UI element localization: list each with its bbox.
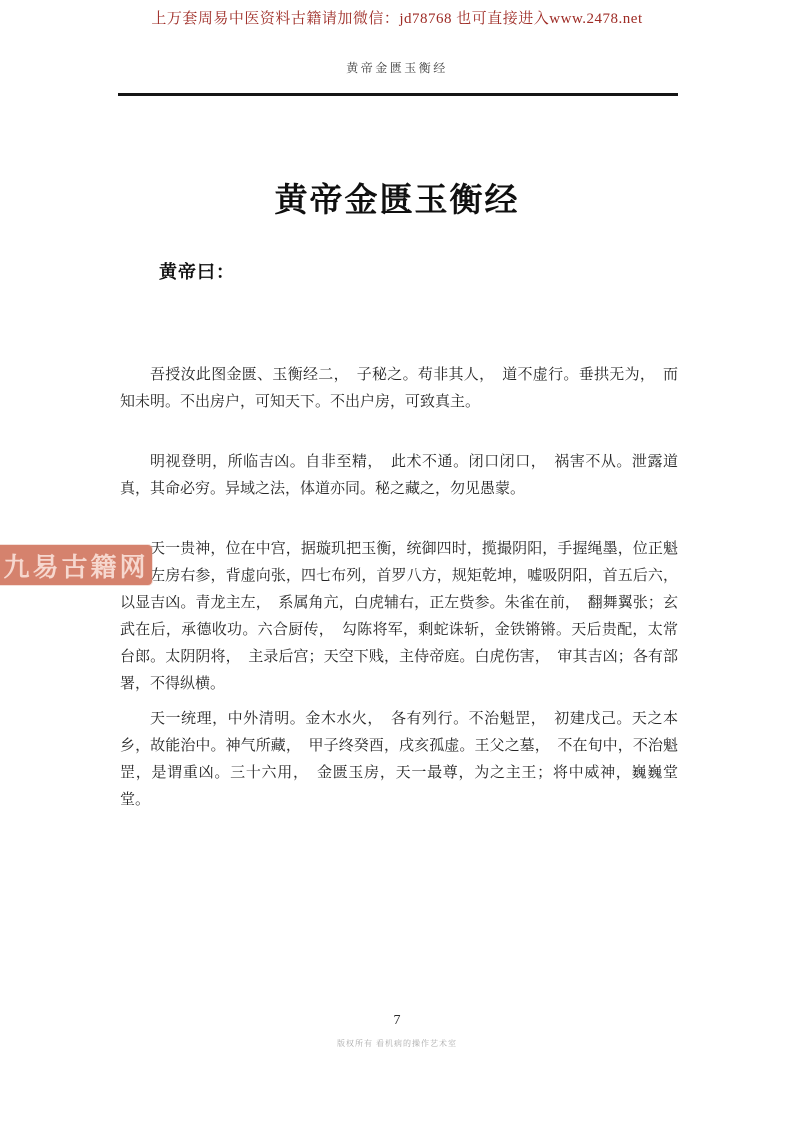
- site-watermark-badge: 九易古籍网: [0, 545, 152, 585]
- document-title: 黄帝金匮玉衡经: [0, 174, 794, 221]
- paragraph-1: 吾授汝此图金匮、玉衡经二， 子秘之。苟非其人， 道不虚行。垂拱无为， 而知未明。…: [120, 362, 678, 416]
- header-divider-line: [118, 93, 678, 96]
- paragraph-2: 明视登明，所临吉凶。自非至精， 此术不通。闭口闭口， 祸害不从。泄露道真，其命必…: [120, 449, 678, 503]
- section-heading: 黄帝曰：: [159, 258, 235, 284]
- page-number: 7: [0, 1013, 794, 1029]
- footer-watermark-text: 版权所有 看机病的操作艺术室: [0, 1038, 794, 1049]
- paragraph-4: 天一统理，中外清明。金木水火， 各有列行。不治魁罡， 初建戊己。天之本乡，故能治…: [120, 706, 678, 814]
- document-page: 上万套周易中医资料古籍请加微信：jd78768 也可直接进入www.2478.n…: [0, 0, 794, 1123]
- paragraph-3: 天一贵神，位在中宫，据璇玑把玉衡，统御四时，揽撮阴阳，手握绳墨，位正魁罡，左房右…: [120, 536, 678, 698]
- promo-banner-text: 上万套周易中医资料古籍请加微信：jd78768 也可直接进入www.2478.n…: [0, 7, 794, 28]
- running-header-title: 黄帝金匮玉衡经: [0, 59, 794, 76]
